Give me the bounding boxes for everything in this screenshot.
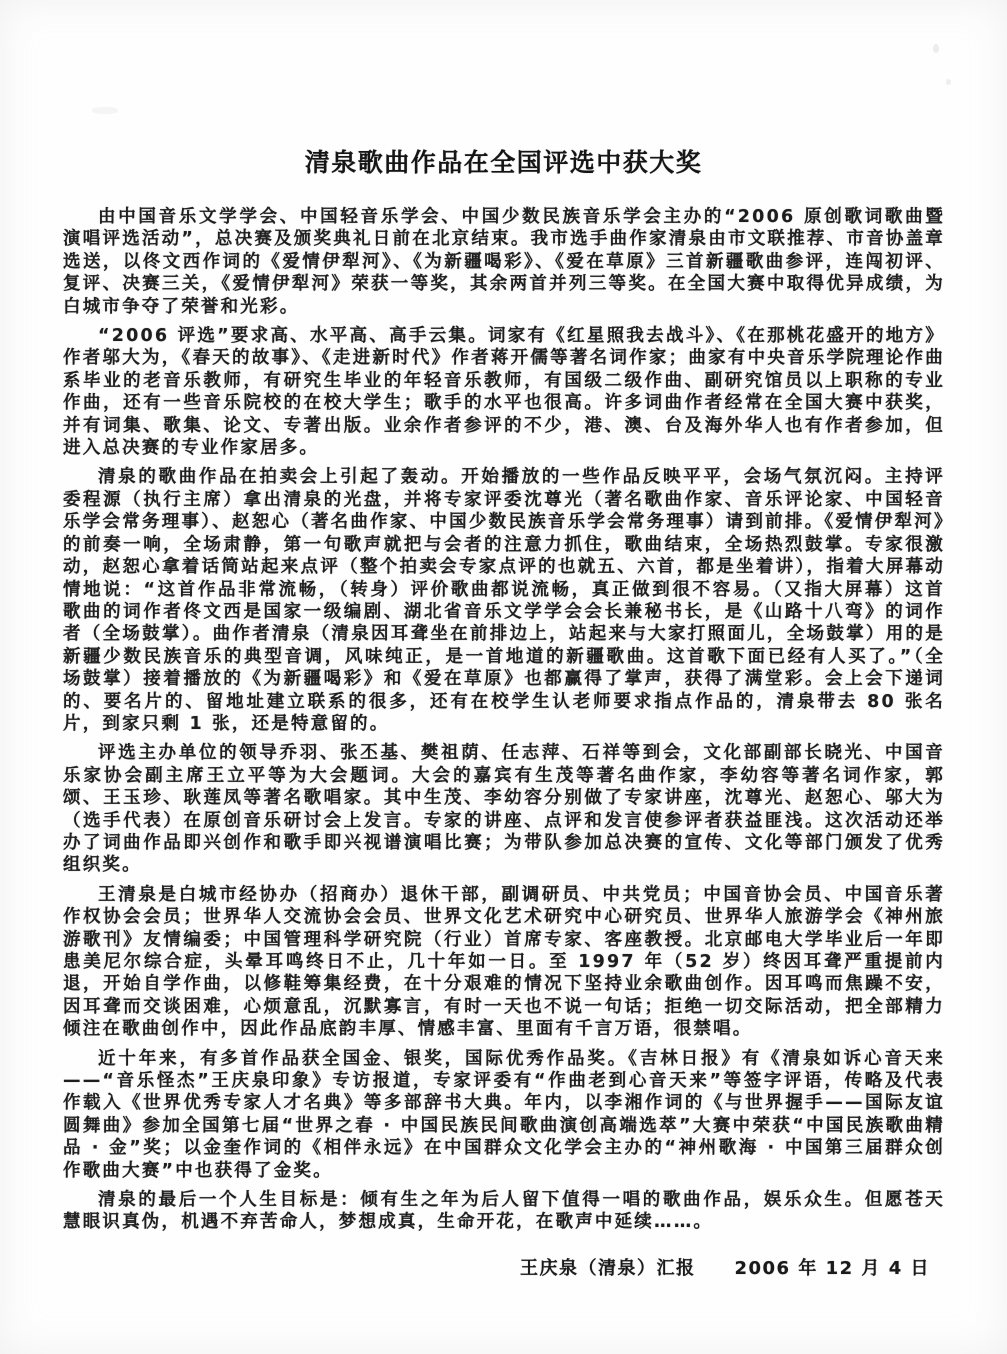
paragraph-1: 由中国音乐文学学会、中国轻音乐学会、中国少数民族音乐学会主办的“2006 原创歌… bbox=[63, 206, 945, 318]
paragraph-3: 清泉的歌曲作品在拍卖会上引起了轰动。开始播放的一些作品反映平平，会场气氛沉闷。主… bbox=[63, 466, 945, 735]
scanned-document-page: 清泉歌曲作品在全国评选中获大奖 由中国音乐文学学会、中国轻音乐学会、中国少数民族… bbox=[0, 0, 1007, 1354]
scan-artifact bbox=[92, 107, 118, 114]
paragraph-7: 清泉的最后一个人生目标是：倾有生之年为后人留下值得一唱的歌曲作品，娱乐众生。但愿… bbox=[63, 1189, 945, 1234]
paragraph-4: 评选主办单位的领导乔羽、张丕基、樊祖荫、任志萍、石祥等到会，文化部副部长晓光、中… bbox=[63, 742, 945, 876]
paragraph-2: “2006 评选”要求高、水平高、高手云集。词家有《红星照我去战斗》、《在那桃花… bbox=[63, 325, 945, 459]
signature-line: 王庆泉（清泉）汇报 2006 年 12 月 4 日 bbox=[0, 1254, 930, 1280]
scan-artifact bbox=[946, 79, 951, 85]
document-body: 由中国音乐文学学会、中国轻音乐学会、中国少数民族音乐学会主办的“2006 原创歌… bbox=[63, 206, 945, 1234]
document-title: 清泉歌曲作品在全国评选中获大奖 bbox=[0, 0, 1007, 179]
paragraph-5: 王清泉是白城市经协办（招商办）退休干部，副调研员、中共党员；中国音协会员、中国音… bbox=[63, 884, 945, 1041]
scan-artifact bbox=[933, 44, 939, 53]
paragraph-6: 近十年来，有多首作品获全国金、银奖，国际优秀作品奖。《吉林日报》有《清泉如诉心音… bbox=[63, 1048, 945, 1182]
